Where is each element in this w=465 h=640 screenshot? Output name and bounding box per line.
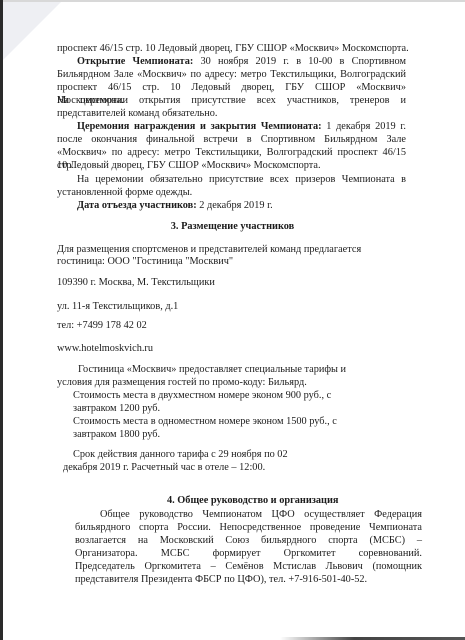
hotel-website: www.hotelmoskvich.ru bbox=[57, 342, 153, 355]
opening-paragraph-line1: Открытие Чемпионата: 30 ноября 2019 г. в… bbox=[57, 55, 406, 68]
opening-date: 30 ноября 2019 г. в 10-00 в Спортивном bbox=[201, 56, 407, 67]
section4-line6: представителя Президента ФБСР по ЦФО), т… bbox=[75, 573, 367, 586]
closing-paragraph-line1: Церемония награждения и закрытия Чемпион… bbox=[57, 120, 406, 133]
document-page: проспект 46/15 стр. 10 Ледовый дворец, Г… bbox=[0, 0, 465, 640]
price-single-line2: завтраком 1800 руб. bbox=[73, 428, 160, 441]
price-single-line1: Стоимость места в одноместном номере эко… bbox=[73, 415, 337, 428]
departure-line: Дата отъезда участников: 2 декабря 2019 … bbox=[77, 199, 273, 212]
closing-label: Церемония награждения и закрытия Чемпион… bbox=[77, 121, 322, 132]
section4-line4: Организатора. МСБС формирует Оргкомитет … bbox=[75, 547, 422, 560]
section4-line2: бильярдного спорта России. Непосредствен… bbox=[75, 521, 422, 534]
opening-label: Открытие Чемпионата: bbox=[77, 56, 193, 67]
hotel-intro-line2: гостиница: ООО "Гостиница "Москвич" bbox=[57, 255, 233, 268]
closing-line4: 10 Ледовый дворец, ГБУ СШОР «Москвич» Мо… bbox=[57, 159, 321, 172]
price-double-line2: завтраком 1200 руб. bbox=[73, 402, 160, 415]
opening-line5: представителей команд обязательно. bbox=[57, 107, 217, 120]
closing-line2: после окончания финальной встречи в Спор… bbox=[57, 133, 406, 146]
tariff-validity-line2: декабря 2019 г. Расчетный час в отеле – … bbox=[63, 461, 265, 474]
opening-line4: На церемонии открытия присутствие всех у… bbox=[57, 94, 406, 107]
section4-line1: Общее руководство Чемпионатом ЦФО осущес… bbox=[100, 508, 422, 521]
departure-date: 2 декабря 2019 г. bbox=[199, 200, 272, 211]
venue-address-line: проспект 46/15 стр. 10 Ледовый дворец, Г… bbox=[57, 42, 409, 55]
hotel-offer-line1: Гостиница «Москвич» предоставляет специа… bbox=[78, 363, 346, 376]
section3-heading: 3. Размещение участников bbox=[0, 220, 465, 233]
hotel-address-city: 109390 г. Москва, М. Текстильщики bbox=[57, 276, 215, 289]
opening-line2: Бильярдном Зале «Москвич» по адресу: мет… bbox=[57, 68, 406, 81]
price-double-line1: Стоимость места в двухместном номере эко… bbox=[73, 389, 331, 402]
hotel-address-street: ул. 11-я Текстильщиков, д.1 bbox=[57, 300, 178, 313]
tariff-validity-line1: Срок действия данного тарифа с 29 ноября… bbox=[73, 448, 288, 461]
section4-line3: возлагается на Московский Союз бильярдно… bbox=[75, 534, 422, 547]
section4-heading: 4. Общее руководство и организация bbox=[167, 494, 338, 507]
section4-line5: Председатель Оргкомитета – Семёнов Мстис… bbox=[75, 560, 422, 573]
closing-date: 1 декабря 2019 г. bbox=[326, 121, 406, 132]
closing-line6: установленной форме одежды. bbox=[57, 186, 192, 199]
hotel-offer-line2: условия для размещения гостей по промо-к… bbox=[57, 376, 307, 389]
closing-line5: На церемонии обязательно присутствие все… bbox=[77, 173, 406, 186]
hotel-phone: тел: +7499 178 42 02 bbox=[57, 319, 147, 332]
departure-label: Дата отъезда участников: bbox=[77, 200, 197, 211]
